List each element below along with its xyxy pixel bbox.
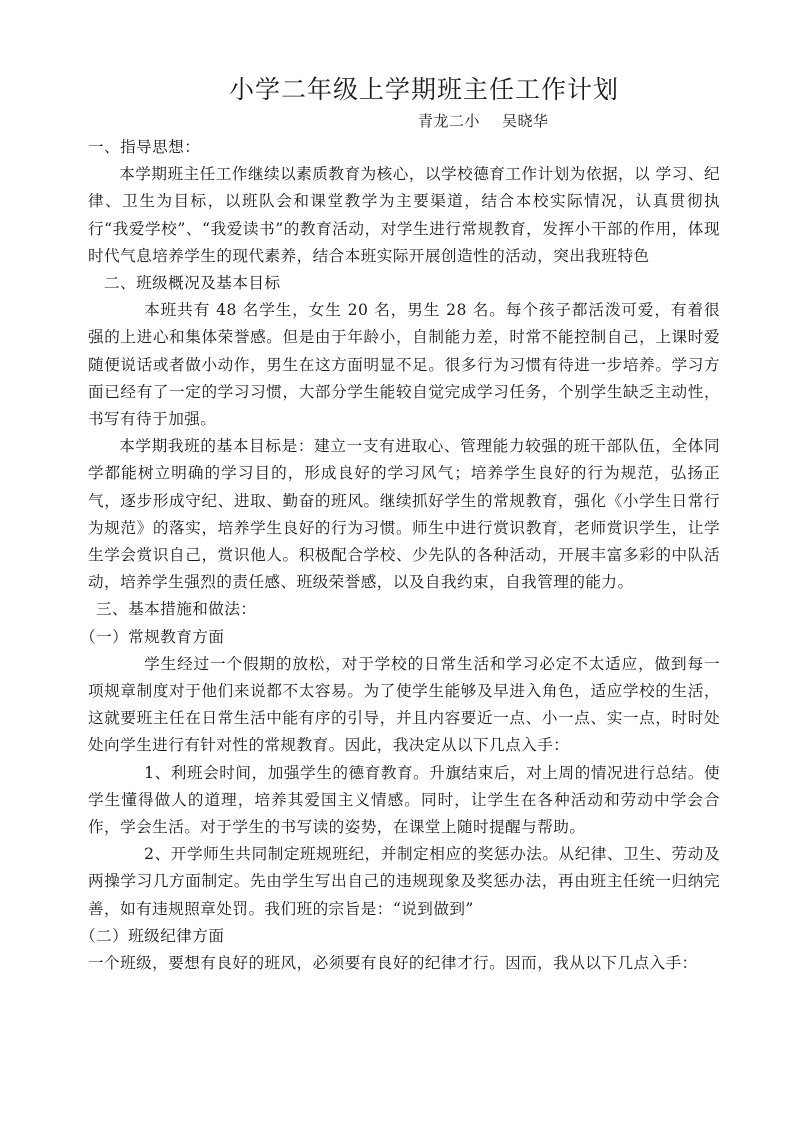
list-item-measure-1: 1、利班会时间，加强学生的德育教育。升旗结束后，对上周的情况进行总结。使学生懂得… [88, 760, 720, 842]
section-heading-measures: 三、基本措施和做法： [88, 596, 720, 623]
paragraph-routine-education: 学生经过一个假期的放松，对于学校的日常生活和学习必定不太适应，做到每一项规章制度… [88, 651, 720, 760]
paragraph-class-discipline: 一个班级，要想有良好的班风，必须要有良好的纪律才行。因而，我从以下几点入手： [88, 950, 720, 977]
school-name: 青龙二小 [418, 112, 480, 130]
paragraph-basic-goals: 本学期我班的基本目标是：建立一支有进取心、管理能力较强的班干部队伍，全体同学都能… [88, 433, 720, 596]
document-page: 小学二年级上学期班主任工作计划 青龙二小吴晓华 一、指导思想： 本学期班主任工作… [88, 72, 720, 977]
paragraph-class-overview: 本班共有 48 名学生，女生 20 名，男生 28 名。每个孩子都活泼可爱，有着… [88, 297, 720, 433]
document-title: 小学二年级上学期班主任工作计划 [88, 72, 720, 108]
author-name: 吴晓华 [502, 112, 549, 130]
subsection-heading-routine-education: （一）常规教育方面 [80, 624, 720, 651]
list-item-measure-2: 2、开学师生共同制定班规班纪，并制定相应的奖惩办法。从纪律、卫生、劳动及两操学习… [88, 841, 720, 923]
subsection-heading-class-discipline: （二）班级纪律方面 [80, 923, 720, 950]
section-heading-guiding-ideology: 一、指导思想： [88, 134, 720, 161]
paragraph-guiding-ideology: 本学期班主任工作继续以素质教育为核心，以学校德育工作计划为依据，以 学习、纪律、… [88, 161, 720, 270]
author-line: 青龙二小吴晓华 [88, 108, 720, 134]
section-heading-class-overview: 二、班级概况及基本目标 [88, 270, 720, 297]
